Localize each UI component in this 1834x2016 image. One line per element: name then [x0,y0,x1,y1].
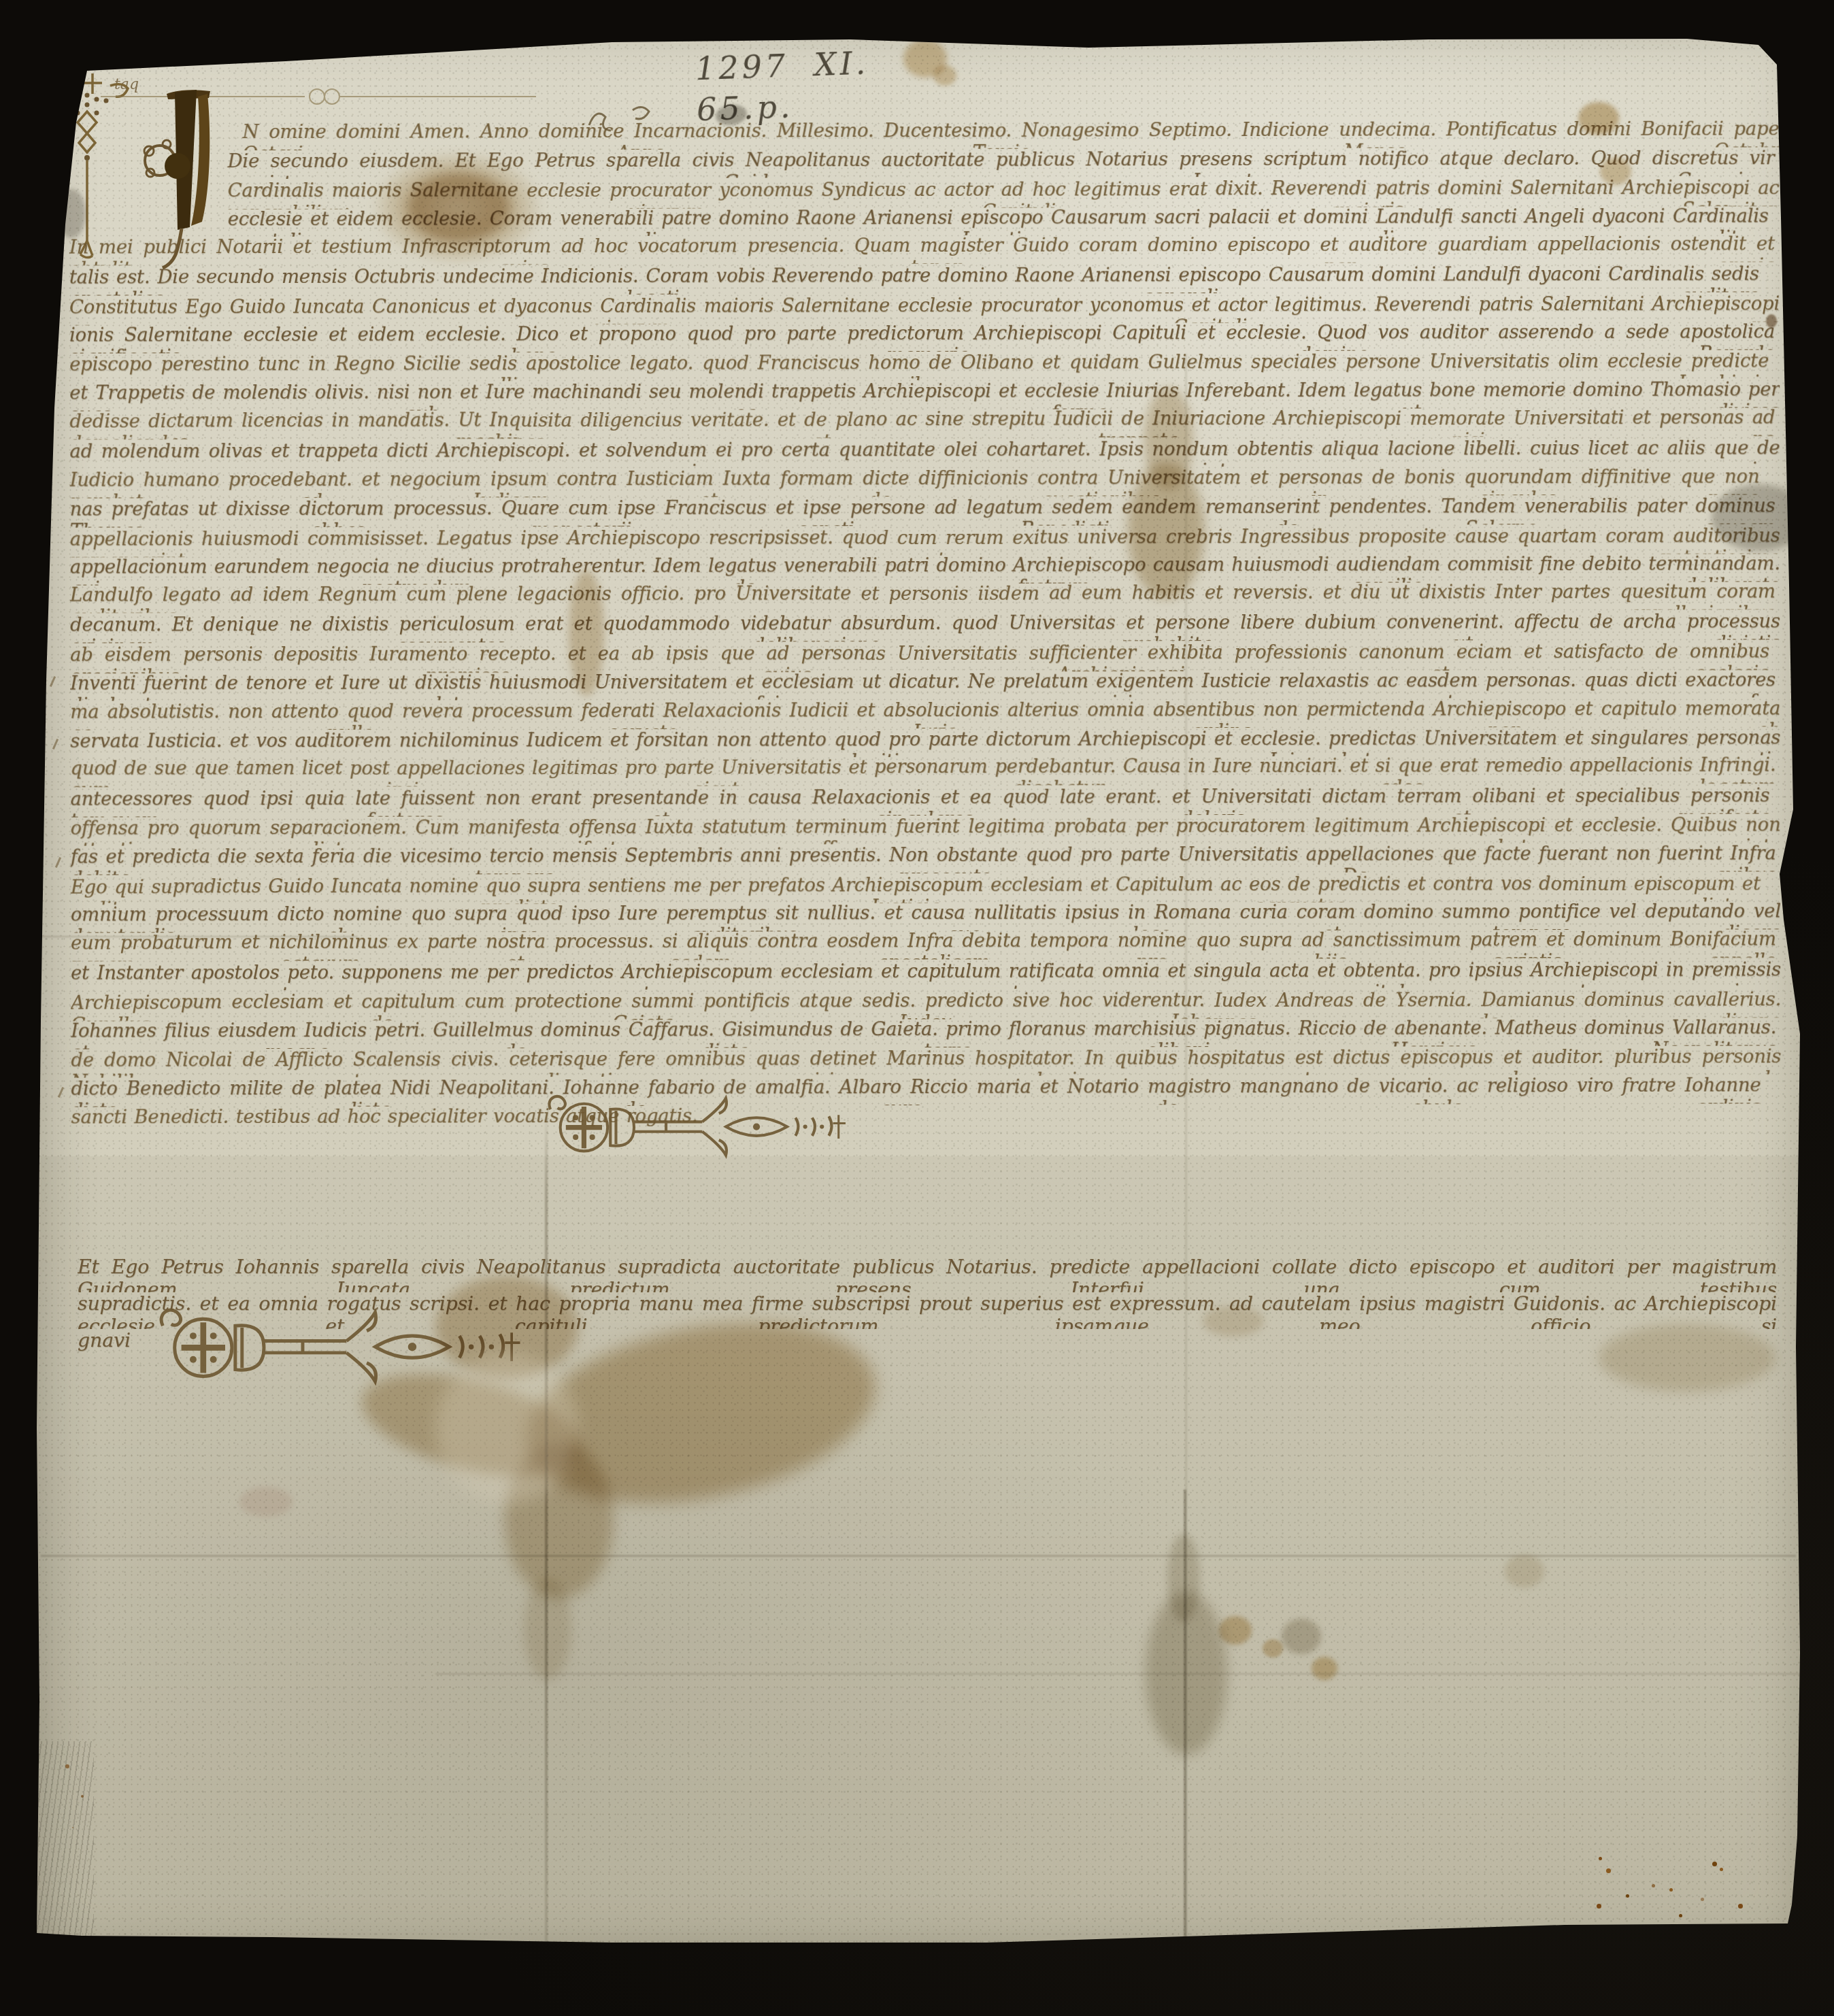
manuscript-line: Inventi fuerint de tenore et Iure ut dix… [70,669,1780,701]
subscription-line: Et Ego Petrus Iohannis sparella civis Ne… [78,1256,1777,1292]
manuscript-line: fas et predicta die sexta feria die vice… [71,843,1781,875]
manuscript-line: In mei publici Notarii et testium Infras… [69,233,1780,265]
manuscript-line: ecclesie et eidem ecclesie. Coram venera… [69,205,1780,237]
manuscript-line: Cardinalis maioris Salernitane ecclesie … [69,177,1780,209]
manuscript-line: Archiepiscopum ecclesiam et capitulum cu… [71,988,1781,1021]
manuscript-line: Iohannes filius eiusdem Iudicis petri. G… [71,1016,1781,1049]
manuscript-line: ab eisdem personis depositis Iuramento r… [70,641,1780,673]
fold-crease-vertical-center-lower [1184,1490,1186,1944]
fold-crease-horizontal-upper [41,1555,1796,1557]
manuscript-line: et Trappetis de molendis olivis. nisi no… [69,379,1780,411]
manuscript-line: de domo Nicolai de Afflicto Scalensis ci… [71,1045,1781,1078]
manuscript-line: appellacionis huiusmodi commisisset. Leg… [70,524,1780,557]
fold-crease-horizontal-lower [435,1673,1803,1675]
manuscript-line: Landulfo legato ad idem Regnum cum plene… [70,581,1780,614]
manuscript-line: appellacionum earundem negocia ne diuciu… [70,553,1780,586]
rust-specks-bottom-left [65,1764,69,1768]
parchment-sheet: 1297 XI. 65.p. taq [0,0,1834,2016]
manuscript-line: ma absolutistis. non attento quod revera… [70,698,1780,730]
manuscript-line: eum probaturum et nichilominus ex parte … [71,928,1781,961]
notarial-signum-icon [541,1083,847,1166]
rust-specks-bottom-right [1599,1857,1602,1860]
manuscript-line: Constitutus Ego Guido Iuncata Canonicus … [69,293,1780,326]
manuscript-line: episcopo perestino tunc in Regno Sicilie… [69,350,1780,382]
fold-crease-vertical-left [545,1109,548,1942]
manuscript-line: talis est. Die secundo mensis Octubris u… [69,263,1780,295]
manuscript-line: Ego qui supradictus Guido Iuncata nomine… [71,873,1781,905]
manuscript-line: N omine domini Amen. Anno dominice Incar… [69,118,1779,150]
manuscript-line: quod de sue que tamen licet post appella… [70,754,1780,787]
manuscript-line: dedisse dictarum licencias in mandatis. … [69,407,1780,439]
manuscript-line: servata Iusticia. et vos auditorem nichi… [70,726,1780,759]
manuscript-line: omnium processuum dicto nomine quo supra… [71,901,1781,933]
manuscript-line: ad molendum olivas et trappeta dicti Arc… [69,437,1780,469]
charter-text-block: N omine domini Amen. Anno dominice Incar… [69,118,1781,1152]
manuscript-line: nas prefatas ut dixisse dictorum process… [70,494,1780,527]
manuscript-line: Iudicio humano procedebant. et negocium … [69,466,1780,499]
manuscript-line: dicto Benedicto milite de platea Nidi Ne… [71,1074,1781,1107]
photo-stage: 1297 XI. 65.p. taq [0,0,1834,2016]
manuscript-line: ionis Salernitane ecclesie et eidem eccl… [69,321,1780,354]
manuscript-line: decanum. Et denique ne dixistis periculo… [70,611,1780,643]
notarial-signum-icon [151,1294,522,1395]
manuscript-line: sancti Benedicti. testibus ad hoc specia… [71,1103,1781,1135]
manuscript-line: et Instanter apostolos peto. supponens m… [71,958,1781,991]
manuscript-line: offensa pro quorum separacionem. Cum man… [71,813,1781,846]
left-edge-streaks [35,1741,94,1940]
manuscript-line: Die secundo eiusdem. Et Ego Petrus spare… [69,147,1780,180]
manuscript-line: antecessores quod ipsi quia late fuissen… [70,784,1780,817]
